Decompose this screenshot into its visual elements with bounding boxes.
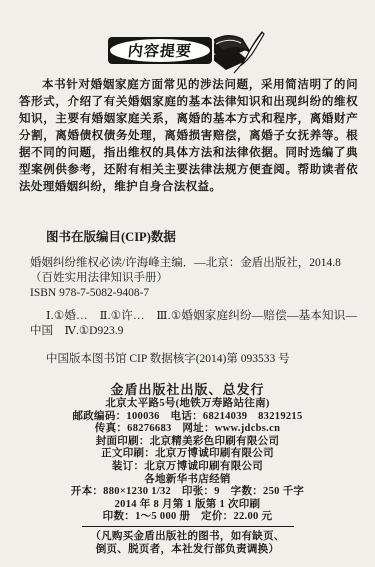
- content-summary-header: 内容提要: [0, 30, 375, 70]
- text-printer-line: 正文印刷：北京万博诚印刷有限公司: [0, 448, 375, 461]
- summary-paragraph: 本书针对婚姻家庭方面常见的涉法问题，采用简洁明了的问答形式，介绍了有关婚姻家庭的…: [19, 77, 358, 196]
- exchange-notice-line-2: 倒页、脱页者，本社发行部负责调换）: [82, 543, 294, 557]
- exchange-notice-line-1: （凡购买金盾出版社的图书，如有缺页、: [82, 530, 294, 544]
- book-copyright-page: 内容提要 本书针对婚姻家庭方面常见的涉法问题，采用简洁明了的问答形式，介绍了有关…: [0, 0, 375, 567]
- cip-heading: 图书在版编目(CIP)数据: [46, 227, 357, 245]
- distribution-line: 各地新华书店经销: [0, 474, 375, 487]
- postal-phone-line: 邮政编码：100036 电话：68214039 83219215: [0, 411, 375, 424]
- print-run-price-line: 印数：1～5 000 册 定价：22.00 元: [0, 511, 375, 524]
- fax-website-line: 传真：68276683 网址：www.jdcbs.cn: [0, 423, 375, 436]
- format-line: 开本：880×1230 1/32 印张：9 字数：250 千字: [0, 486, 375, 499]
- cip-block: 图书在版编目(CIP)数据 婚姻纠纷维权必读/许海峰主编．—北京：金盾出版社，2…: [30, 227, 357, 366]
- cip-isbn-line: ISBN 978-7-5082-9408-7: [30, 286, 357, 301]
- colophon-block: 金盾出版社出版、总发行 北京太平路5号(地铁万寿路站往南) 邮政编码：10003…: [0, 382, 375, 557]
- cip-record-number: 中国版本图书馆 CIP 数据核字(2014)第 093533 号: [46, 350, 357, 366]
- badge-title: 内容提要: [106, 37, 213, 64]
- binding-line: 装订：北京万博诚印刷有限公司: [0, 461, 375, 474]
- cover-printer-line: 封面印刷：北京精美彩色印刷有限公司: [0, 436, 375, 449]
- cip-title-line: 婚姻纠纷维权必读/许海峰主编．—北京：金盾出版社，2014.8: [30, 256, 357, 271]
- publisher-address: 北京太平路5号(地铁万寿路站往南): [0, 398, 375, 411]
- edition-line: 2014 年 8 月第 1 版第 1 次印刷: [0, 499, 375, 512]
- content-summary-badge: 内容提要: [108, 37, 212, 64]
- cip-series-line: （百姓实用法律知识手册）: [30, 271, 357, 286]
- cip-classification: Ⅰ.①婚… Ⅱ.①许… Ⅲ.①婚姻家庭纠纷—赔偿—基本知识—中国 Ⅳ.①D923…: [30, 309, 357, 339]
- exchange-notice: （凡购买金盾出版社的图书，如有缺页、 倒页、脱页者，本社发行部负责调换）: [82, 526, 294, 557]
- publisher-name: 金盾出版社出版、总发行: [0, 382, 375, 398]
